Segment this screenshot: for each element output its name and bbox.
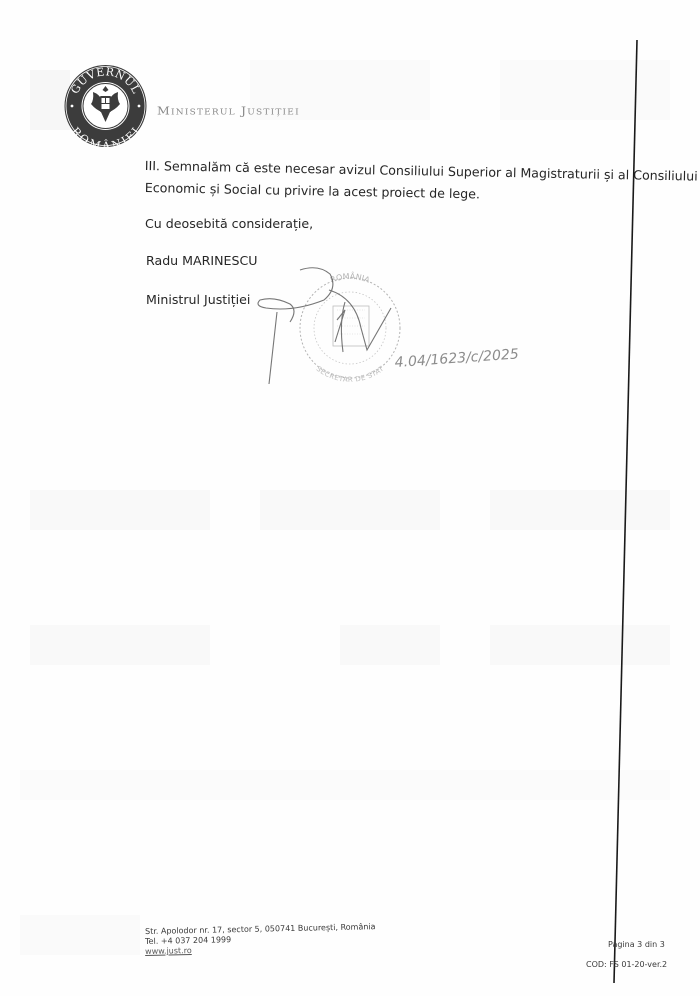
signatory-role: Ministrul Justiției [146, 292, 250, 307]
official-stamp: ROMÂNIA SECRETAR DE STAT [300, 270, 400, 384]
signatory-name: Radu MARINESCU [146, 253, 258, 268]
show-through-mark [20, 915, 140, 955]
registration-number-handwritten: 4.04/1623/c/2025 [394, 346, 519, 371]
show-through-mark [500, 60, 670, 120]
show-through-mark [490, 490, 670, 530]
form-code: COD: FS 01-20-ver.2 [586, 960, 667, 969]
show-through-mark [490, 625, 670, 665]
svg-text:ROMÂNIA: ROMÂNIA [329, 270, 371, 285]
closing-salutation: Cu deosebită considerație, [145, 216, 313, 231]
footer-phone: Tel. +4 037 204 1999 [145, 935, 231, 946]
paragraph-line-1: III. Semnalăm că este necesar avizul Con… [145, 158, 698, 184]
show-through-mark [30, 625, 210, 665]
show-through-mark [20, 770, 670, 800]
svg-text:SECRETAR DE STAT: SECRETAR DE STAT [315, 364, 386, 383]
document-page: GUVERNUL ROMÂNIEI Ministerul Justiției I… [0, 0, 700, 996]
footer-address: Str. Apolodor nr. 17, sector 5, 050741 B… [145, 922, 376, 936]
show-through-mark [30, 490, 210, 530]
footer-website-link[interactable]: www.just.ro [145, 946, 192, 956]
show-through-mark [340, 625, 440, 665]
show-through-mark [260, 490, 440, 530]
government-crest-logo: GUVERNUL ROMÂNIEI [63, 62, 148, 150]
ministry-name: Ministerul Justiției [157, 104, 300, 118]
paragraph-line-2: Economic și Social cu privire la acest p… [145, 180, 480, 201]
signature-and-stamp: ROMÂNIA SECRETAR DE STAT 4.04/1623/c/202… [255, 262, 575, 387]
page-number: Pagina 3 din 3 [608, 940, 665, 949]
